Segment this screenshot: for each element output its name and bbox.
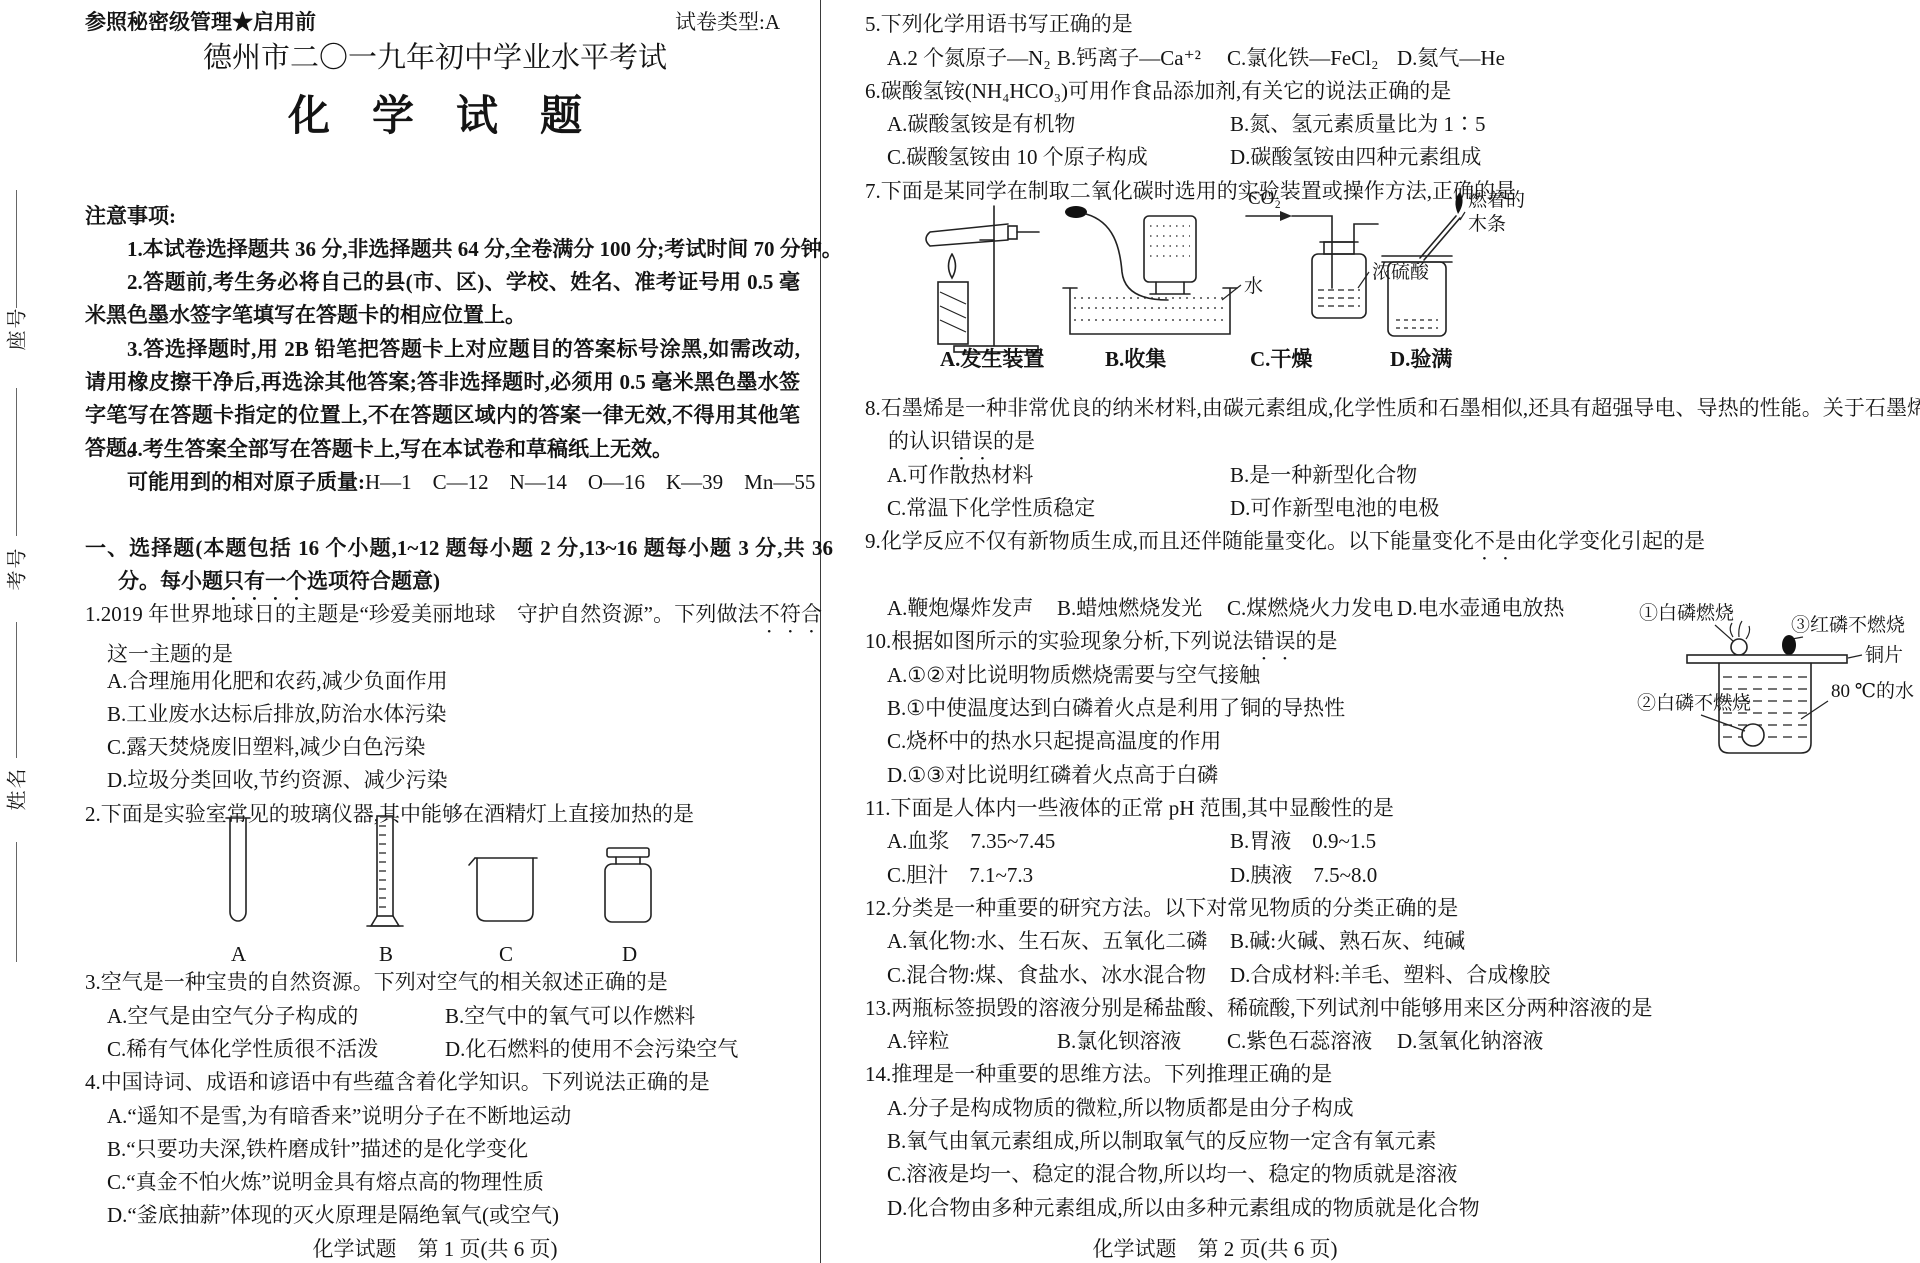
q13-option-b: B.氯化钡溶液 — [1057, 1025, 1227, 1058]
q10-stem-emphasis: 错误 — [1254, 629, 1296, 653]
white-phosphorus-noburn-label: ②白磷不燃烧 — [1637, 692, 1751, 714]
q8-option-c: C.常温下化学性质稳定 — [887, 492, 1230, 525]
q4-option-b: B.“只要功夫深,铁杵磨成针”描述的是化学变化 — [107, 1133, 528, 1166]
q4-option-a: A.“遥知不是雪,为有暗香来”说明分子在不断地运动 — [107, 1100, 571, 1133]
note-2: 2.答题前,考生务必将自己的县(市、区)、学校、姓名、准考证号用 0.5 毫米黑… — [85, 266, 800, 332]
q3-options-row-2: C.稀有气体化学性质很不活泼 D.化石燃料的使用不会污染空气 — [85, 1033, 800, 1066]
q11-option-b: B.胃液 0.9~1.5 — [1230, 825, 1910, 858]
q12-option-a: A.氧化物:水、生石灰、五氧化二磷 — [887, 925, 1230, 958]
beaker-figure — [469, 858, 537, 921]
q13-stem: 13.两瓶标签损毁的溶液分别是稀盐酸、稀硫酸,下列试剂中能够用来区分两种溶液的是 — [865, 992, 1653, 1025]
q10-stem-pre: 10.根据如图所示的实验现象分析,下列说法 — [865, 629, 1254, 653]
atomic-mass-values: H—1 C—12 N—14 O—16 K—39 Mn—55 — [365, 470, 815, 494]
q3-option-d: D.化石燃料的使用不会污染空气 — [445, 1033, 800, 1066]
seat-number-label: 座号 — [2, 307, 35, 351]
q11-option-d: D.胰液 7.5~8.0 — [1230, 859, 1910, 892]
q7-caption-a: A.发生装置 — [940, 347, 1044, 371]
q11-options-row-2: C.胆汁 7.1~7.3 D.胰液 7.5~8.0 — [865, 859, 1910, 892]
page-1-footer: 化学试题 第 1 页(共 6 页) — [85, 1233, 785, 1263]
q9-option-b: B.蜡烛燃烧发光 — [1057, 592, 1227, 625]
water-annotation: 水 — [1244, 275, 1263, 297]
red-phosphorus-label: ③红磷不燃烧 — [1791, 614, 1905, 636]
q5-option-d: D.氦气—He — [1397, 42, 1910, 75]
q12-option-b: B.碱:火碱、熟石灰、纯碱 — [1230, 925, 1910, 958]
q5-option-b: B.钙离子—Ca⁺² — [1057, 42, 1227, 75]
security-notice: 参照秘密级管理★启用前 — [85, 6, 316, 39]
paper-type: 试卷类型:A — [675, 6, 780, 39]
q13-option-a: A.锌粒 — [887, 1025, 1057, 1058]
q4-option-c: C.“真金不怕火炼”说明金具有熔点高的物理性质 — [107, 1166, 544, 1199]
q12-option-d: D.合成材料:羊毛、塑料、合成橡胶 — [1230, 959, 1910, 992]
test-tube-figure — [226, 818, 250, 921]
q10-phosphorus-figure: ①白磷燃烧 ③红磷不燃烧 铜片 80 ℃的水 ②白磷不燃烧 — [1635, 585, 1915, 770]
q13-options: A.锌粒 B.氯化钡溶液 C.紫色石蕊溶液 D.氢氧化钠溶液 — [865, 1025, 1910, 1058]
co2-annotation: CO₂ — [1248, 188, 1281, 209]
name-label: 姓名 — [2, 767, 35, 811]
q1-stem-pre: 1.2019 年世界地球日的主题是“珍爱美丽地球 守护自然资源”。下列做法 — [85, 602, 759, 626]
q8-option-b: B.是一种新型化合物 — [1230, 459, 1910, 492]
graduated-cylinder-figure — [367, 816, 403, 926]
q3-options-row-1: A.空气是由空气分子构成的 B.空气中的氧气可以作燃料 — [85, 1000, 800, 1033]
q9-stem-post: 由化学变化引起的是 — [1516, 529, 1705, 553]
q8-stem-post: 的是 — [993, 429, 1035, 453]
burning-splint-annotation-1: 燃着的 — [1468, 189, 1525, 211]
q6-option-b: B.氮、氢元素质量比为 1∶5 — [1230, 108, 1910, 141]
subject-title: 化 学 试 题 — [85, 92, 785, 142]
seal-line — [16, 190, 17, 308]
q9-stem-emphasis: 不是 — [1474, 529, 1516, 553]
q5-option-a: A.2 个氮原子—N₂ — [887, 42, 1057, 75]
exam-number-label: 考号 — [2, 547, 35, 591]
section-1-pre: 一、选择题(本题包括 16 个小题,1~12 题每小题 2 分,13~16 题每… — [85, 536, 833, 593]
q2-glassware-figure — [85, 812, 785, 934]
q7-caption-c: C.干燥 — [1250, 347, 1312, 371]
q6-stem: 6.碳酸氢铵(NH₄HCO₃)可用作食品添加剂,有关它的说法正确的是 — [865, 75, 1451, 108]
q1-stem-post: 这一主题的是 — [107, 642, 233, 666]
white-phosphorus-burning-label: ①白磷燃烧 — [1639, 602, 1734, 624]
q11-option-c: C.胆汁 7.1~7.3 — [887, 859, 1230, 892]
q3-option-a: A.空气是由空气分子构成的 — [107, 1000, 445, 1033]
section-1-post: 选项符合题意) — [307, 569, 440, 593]
q1-stem-emphasis: 不符合 — [759, 602, 822, 626]
seal-line — [16, 842, 17, 962]
q11-options-row-1: A.血浆 7.35~7.45 B.胃液 0.9~1.5 — [865, 825, 1910, 858]
q10-option-b: B.①中使温度达到白磷着火点是利用了铜的导热性 — [887, 692, 1345, 725]
page-2: 5.下列化学用语书写正确的是 A.2 个氮原子—N₂ B.钙离子—Ca⁺² C.… — [865, 0, 1910, 1263]
q10-stem-post: 的是 — [1296, 629, 1338, 653]
q12-options-row-1: A.氧化物:水、生石灰、五氧化二磷 B.碱:火碱、熟石灰、纯碱 — [865, 925, 1910, 958]
sulfuric-acid-annotation: 浓硫酸 — [1372, 261, 1430, 283]
q7-caption-b: B.收集 — [1105, 347, 1166, 371]
q1-option-a: A.合理施用化肥和农药,减少负面作用 — [107, 665, 448, 698]
q5-stem: 5.下列化学用语书写正确的是 — [865, 8, 1133, 41]
q9-stem: 9.化学反应不仅有新物质生成,而且还伴随能量变化。以下能量变化不是由化学变化引起… — [865, 525, 1920, 565]
q1-option-d: D.垃圾分类回收,节约资源、减少污染 — [107, 764, 448, 797]
q3-stem: 3.空气是一种宝贵的自然资源。下列对空气的相关叙述正确的是 — [85, 966, 668, 999]
q7-apparatus-figure: 水 CO₂ 浓硫酸 燃着的 木条 A.发生装置 B.收集 C.干燥 — [920, 170, 1560, 375]
q12-options-row-2: C.混合物:煤、食盐水、冰水混合物 D.合成材料:羊毛、塑料、合成橡胶 — [865, 959, 1910, 992]
q6-options-row-1: A.碳酸氢铵是有机物 B.氮、氢元素质量比为 1∶5 — [865, 108, 1910, 141]
q8-stem-emphasis: 错误 — [951, 429, 993, 453]
q14-option-a: A.分子是构成物质的微粒,所以物质都是由分子构成 — [887, 1092, 1354, 1125]
q12-option-c: C.混合物:煤、食盐水、冰水混合物 — [887, 959, 1230, 992]
notes-heading: 注意事项: — [85, 200, 176, 233]
q12-stem: 12.分类是一种重要的研究方法。以下对常见物质的分类正确的是 — [865, 892, 1458, 925]
seal-line — [16, 388, 17, 536]
q1-stem: 1.2019 年世界地球日的主题是“珍爱美丽地球 守护自然资源”。下列做法不符合… — [85, 598, 822, 671]
q4-stem: 4.中国诗词、成语和谚语中有些蕴含着化学知识。下列说法正确的是 — [85, 1066, 710, 1099]
atomic-mass-line: 可能用到的相对原子质量:H—1 C—12 N—14 O—16 K—39 Mn—5… — [85, 466, 815, 499]
drying-bottle-figure: CO₂ 浓硫酸 — [1246, 188, 1430, 318]
q13-option-d: D.氢氧化钠溶液 — [1397, 1025, 1910, 1058]
section-1-heading: 一、选择题(本题包括 16 个小题,1~12 题每小题 2 分,13~16 题每… — [85, 532, 833, 605]
q5-options: A.2 个氮原子—N₂ B.钙离子—Ca⁺² C.氯化铁—FeCl₂ D.氦气—… — [865, 42, 1910, 75]
page-2-footer: 化学试题 第 2 页(共 6 页) — [865, 1233, 1565, 1263]
copper-sheet-label: 铜片 — [1865, 644, 1903, 666]
section-1-emphasis: 只有一个 — [223, 569, 307, 593]
q10-option-c: C.烧杯中的热水只起提高温度的作用 — [887, 725, 1221, 758]
q1-option-c: C.露天焚烧废旧塑料,减少白色污染 — [107, 731, 426, 764]
page-1: 参照秘密级管理★启用前 试卷类型:A 德州市二〇一九年初中学业水平考试 化 学 … — [85, 0, 800, 1263]
gas-bottle-figure — [605, 848, 651, 922]
fullness-test-figure: 燃着的 木条 — [1382, 189, 1525, 336]
q8-options-row-2: C.常温下化学性质稳定 D.可作新型电池的电极 — [865, 492, 1910, 525]
q6-option-a: A.碳酸氢铵是有机物 — [887, 108, 1230, 141]
atomic-mass-label: 可能用到的相对原子质量: — [127, 470, 365, 494]
q4-option-d: D.“釜底抽薪”体现的灭火原理是隔绝氧气(或空气) — [107, 1199, 559, 1232]
q8-option-a: A.可作散热材料 — [887, 459, 1230, 492]
gas-generator-figure — [926, 206, 1039, 352]
q14-stem: 14.推理是一种重要的思维方法。下列推理正确的是 — [865, 1058, 1332, 1091]
q8-option-d: D.可作新型电池的电极 — [1230, 492, 1910, 525]
q8-stem: 8.石墨烯是一种非常优良的纳米材料,由碳元素组成,化学性质和石墨相似,还具有超强… — [865, 392, 1920, 465]
note-1: 1.本试卷选择题共 36 分,非选择题共 64 分,全卷满分 100 分;考试时… — [85, 233, 843, 266]
q13-option-c: C.紫色石蕊溶液 — [1227, 1025, 1397, 1058]
exam-title: 德州市二〇一九年初中学业水平考试 — [85, 42, 785, 75]
q7-caption-d: D.验满 — [1390, 347, 1452, 371]
q10-option-d: D.①③对比说明红磷着火点高于白磷 — [887, 759, 1218, 792]
burning-splint-annotation-2: 木条 — [1468, 213, 1506, 235]
q9-option-a: A.鞭炮爆炸发声 — [887, 592, 1057, 625]
seal-line — [16, 622, 17, 758]
q14-option-b: B.氧气由氧元素组成,所以制取氧气的反应物一定含有氧元素 — [887, 1125, 1437, 1158]
q11-option-a: A.血浆 7.35~7.45 — [887, 825, 1230, 858]
q1-option-b: B.工业废水达标后排放,防治水体污染 — [107, 698, 447, 731]
q3-option-c: C.稀有气体化学性质很不活泼 — [107, 1033, 445, 1066]
q8-options-row-1: A.可作散热材料 B.是一种新型化合物 — [865, 459, 1910, 492]
water-collection-figure: 水 — [1063, 206, 1263, 334]
q9-option-c: C.煤燃烧火力发电 — [1227, 592, 1397, 625]
q14-option-c: C.溶液是均一、稳定的混合物,所以均一、稳定的物质就是溶液 — [887, 1158, 1458, 1191]
q9-stem-pre: 9.化学反应不仅有新物质生成,而且还伴随能量变化。以下能量变化 — [865, 529, 1474, 553]
note-4: 4.考生答案全部写在答题卡上,写在本试卷和草稿纸上无效。 — [85, 433, 673, 466]
copper-sheet — [1687, 655, 1847, 663]
hot-water-label: 80 ℃的水 — [1831, 680, 1914, 702]
q5-option-c: C.氯化铁—FeCl₂ — [1227, 42, 1397, 75]
q14-option-d: D.化合物由多种元素组成,所以由多种元素组成的物质就是化合物 — [887, 1192, 1480, 1225]
submerged-white-phosphorus — [1742, 724, 1764, 746]
q10-option-a: A.①②对比说明物质燃烧需要与空气接触 — [887, 659, 1260, 692]
q11-stem: 11.下面是人体内一些液体的正常 pH 范围,其中显酸性的是 — [865, 792, 1394, 825]
q3-option-b: B.空气中的氧气可以作燃料 — [445, 1000, 800, 1033]
